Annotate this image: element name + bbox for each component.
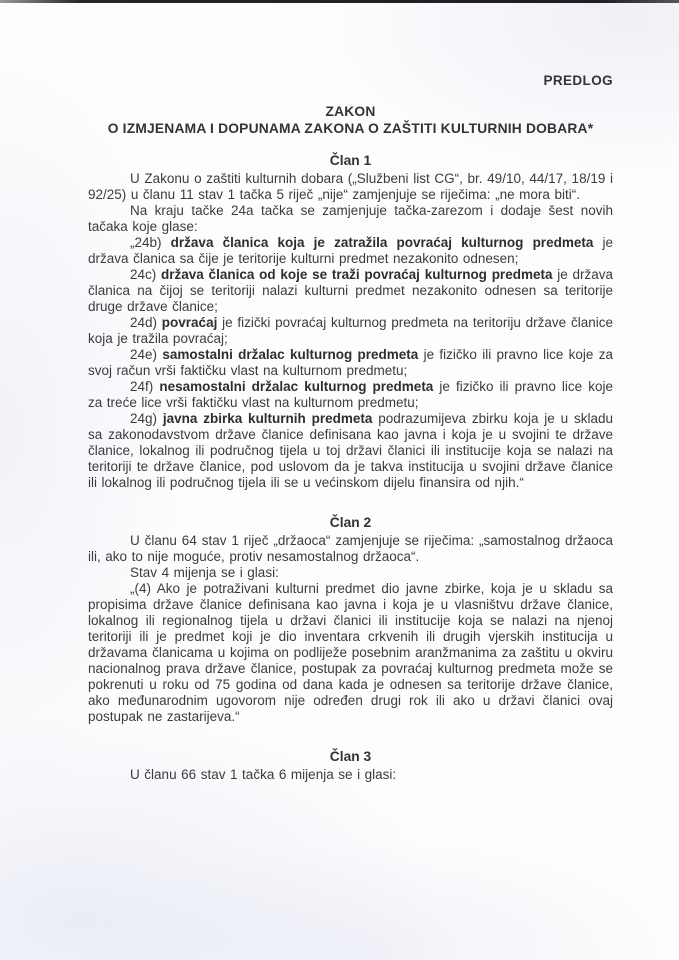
article-1-definition-24c: 24c) država članica od koje se traži pov… bbox=[88, 267, 613, 315]
text-run: U Zakonu o zaštiti kulturnih dobara („Sl… bbox=[88, 171, 613, 202]
defined-term: nesamostalni držalac kulturnog predmeta bbox=[159, 379, 433, 394]
article-1-definition-24g: 24g) javna zbirka kulturnih predmeta pod… bbox=[88, 411, 613, 491]
law-title-line-1: ZAKON bbox=[88, 103, 613, 120]
article-1-definition-24d: 24d) povraćaj je fizički povraćaj kultur… bbox=[88, 315, 613, 347]
article-2-paragraph-2: Stav 4 mijenja se i glasi: bbox=[88, 565, 613, 581]
scan-edge-top bbox=[0, 0, 679, 3]
predlog-label: PREDLOG bbox=[88, 74, 613, 88]
article-1-definition-24e: 24e) samostalni držalac kulturnog predme… bbox=[88, 347, 613, 379]
text-run: 24c) bbox=[130, 267, 161, 282]
text-run: „24b) bbox=[130, 235, 171, 250]
defined-term: država članica od koje se traži povraćaj… bbox=[161, 267, 552, 282]
text-run: Na kraju tačke 24a tačka se zamjenjuje t… bbox=[88, 203, 613, 234]
law-title-line-2: O IZMJENAMA I DOPUNAMA ZAKONA O ZAŠTITI … bbox=[88, 120, 613, 137]
law-title: ZAKON O IZMJENAMA I DOPUNAMA ZAKONA O ZA… bbox=[88, 103, 613, 137]
text-run: 24g) bbox=[130, 411, 163, 426]
text-run: Stav 4 mijenja se i glasi: bbox=[130, 565, 279, 580]
text-run: U članu 66 stav 1 tačka 6 mijenja se i g… bbox=[130, 767, 396, 782]
defined-term: javna zbirka kulturnih predmeta bbox=[163, 411, 373, 426]
text-run: U članu 64 stav 1 riječ „držaoca“ zamjen… bbox=[88, 533, 613, 564]
article-1-paragraph-2: Na kraju tačke 24a tačka se zamjenjuje t… bbox=[88, 203, 613, 235]
text-run: „(4) Ako je potraživani kulturni predmet… bbox=[88, 581, 613, 724]
article-1-paragraph-1: U Zakonu o zaštiti kulturnih dobara („Sl… bbox=[88, 171, 613, 203]
defined-term: povraćaj bbox=[162, 315, 218, 330]
article-2: Član 2 U članu 64 stav 1 riječ „držaoca“… bbox=[88, 515, 613, 725]
article-3: Član 3 U članu 66 stav 1 tačka 6 mijenja… bbox=[88, 749, 613, 783]
article-1-heading: Član 1 bbox=[88, 153, 613, 169]
document-content: PREDLOG ZAKON O IZMJENAMA I DOPUNAMA ZAK… bbox=[0, 0, 679, 783]
article-3-paragraph-1: U članu 66 stav 1 tačka 6 mijenja se i g… bbox=[88, 767, 613, 783]
article-1-definition-24b: „24b) država članica koja je zatražila p… bbox=[88, 235, 613, 267]
article-1: Član 1 U Zakonu o zaštiti kulturnih doba… bbox=[88, 153, 613, 491]
defined-term: država članica koja je zatražila povraća… bbox=[171, 235, 594, 250]
scanned-page: PREDLOG ZAKON O IZMJENAMA I DOPUNAMA ZAK… bbox=[0, 0, 679, 960]
text-run: 24d) bbox=[130, 315, 162, 330]
article-2-paragraph-1: U članu 64 stav 1 riječ „držaoca“ zamjen… bbox=[88, 533, 613, 565]
defined-term: samostalni držalac kulturnog predmeta bbox=[162, 347, 418, 362]
text-run: 24e) bbox=[130, 347, 162, 362]
text-run: 24f) bbox=[130, 379, 159, 394]
article-3-heading: Član 3 bbox=[88, 749, 613, 765]
article-2-paragraph-3: „(4) Ako je potraživani kulturni predmet… bbox=[88, 581, 613, 725]
article-2-heading: Član 2 bbox=[88, 515, 613, 531]
article-1-definition-24f: 24f) nesamostalni držalac kulturnog pred… bbox=[88, 379, 613, 411]
